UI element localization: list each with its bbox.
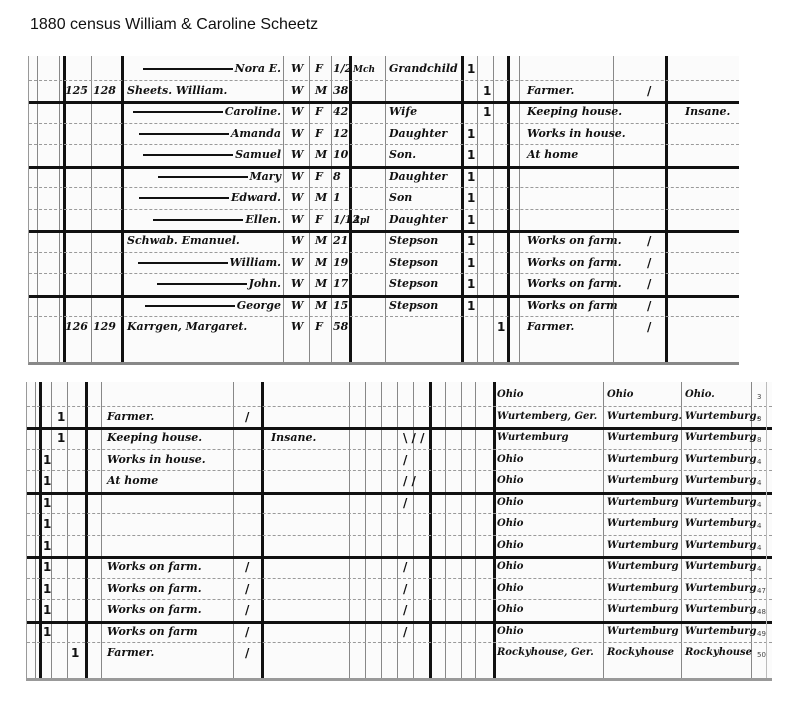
married-mark: 1 [57,431,65,445]
occupation-field: Works on farm. [527,234,622,248]
sex-field: M [315,148,327,162]
single-mark: 1 [43,603,51,617]
person-name: Mary [127,170,281,184]
person-name-text: William. [230,256,281,269]
line-number: 3 [757,412,761,426]
household-divider [27,621,772,624]
occupation-field: Works in house. [527,127,626,141]
occupation-field: Works on farm. [107,560,202,574]
row-rule [27,578,772,579]
age-field: 38 [333,84,348,98]
relation-field: Daughter [389,127,447,141]
page-edge [766,382,767,678]
mother-birthplace-field: Wurtemburg [685,496,756,510]
tally-marks: / [403,582,407,596]
age-field: 1/2 [333,62,352,76]
person-name: John. [127,277,281,291]
color-field: W [291,320,303,334]
unemployed-mark: / [647,277,651,291]
birthplace-field: Ohio [497,474,523,488]
sex-field: F [315,213,323,227]
sex-field: F [315,105,323,119]
father-birthplace-field: Wurtemburg [607,517,678,531]
sex-field: M [315,234,327,248]
single-mark: 1 [467,191,475,205]
widowed-mark: 1 [71,646,79,660]
age-field: 1 [333,191,341,205]
occupation-field: Works on farm. [107,582,202,596]
household-divider [29,295,739,298]
row-rule [29,209,739,210]
health-field: Insane. [685,105,730,119]
person-name-text: Amanda [231,127,281,140]
dwelling-number: 125 [65,84,88,98]
line-number: 4 [757,455,761,469]
tally-marks: / [403,625,407,639]
ditto-dash [157,283,247,285]
mother-birthplace-field: Wurtemburg [685,539,756,553]
age-field: 12 [333,127,348,141]
color-field: W [291,277,303,291]
person-name-text: John. [249,277,281,290]
color-field: W [291,127,303,141]
line-number: 4 [757,476,761,490]
birthplace-field: Ohio [497,560,523,574]
age-field: 42 [333,105,348,119]
ditto-dash [145,305,235,307]
mother-birthplace-field: Rockyhouse [685,646,752,660]
line-number: 4 [757,498,761,512]
relation-field: Daughter [389,170,447,184]
ditto-dash [143,154,233,156]
row-rule [27,535,772,536]
age-field: 15 [333,299,348,313]
sex-field: F [315,320,323,334]
ditto-dash [158,176,248,178]
tally-marks: / [403,496,407,510]
occupation-field: Farmer. [527,84,574,98]
person-name: Amanda [127,127,281,141]
ditto-dash [143,68,233,70]
sex-field: M [315,299,327,313]
single-mark: 1 [467,127,475,141]
line-number: 4 [757,562,761,576]
person-name: Edward. [127,191,281,205]
single-mark: 1 [43,625,51,639]
single-mark: 1 [43,474,51,488]
line-number: 4 [757,541,761,555]
person-name-text: George [237,299,281,312]
person-name: George [127,299,281,313]
father-birthplace-field: Wurtemburg [607,603,678,617]
color-field: W [291,62,303,76]
occupation-field: At home [107,474,158,488]
month-born-field: Mch [353,63,375,77]
row-rule [29,273,739,274]
single-mark: 1 [467,234,475,248]
mother-birthplace-field: Wurtemburg [685,625,756,639]
household-divider [29,101,739,104]
father-birthplace-field: Wurtemburg [607,496,678,510]
ditto-dash [139,133,229,135]
occupation-field: Works on farm [527,299,618,313]
unemployed-mark: / [647,234,651,248]
color-field: W [291,105,303,119]
birthplace-field: Wurtemberg, Ger. [497,410,597,424]
birthplace-field: Ohio [497,625,523,639]
birthplace-field: Ohio [497,496,523,510]
page-title: 1880 census William & Caroline Scheetz [30,16,318,34]
person-name-text: Sheets. William. [127,84,227,97]
age-field: 8 [333,170,341,184]
row-rule [27,449,772,450]
unemployed-mark: / [647,299,651,313]
sex-field: M [315,191,327,205]
color-field: W [291,256,303,270]
birthplace-field: Wurtemburg [497,431,568,445]
color-field: W [291,84,303,98]
tally-marks: / [403,560,407,574]
married-mark: 1 [57,410,65,424]
person-name: Ellen. [127,213,281,227]
color-field: W [291,299,303,313]
person-name: Samuel [127,148,281,162]
person-name-text: Edward. [231,191,281,204]
color-field: W [291,170,303,184]
mother-birthplace-field: Wurtemburg [685,582,756,596]
father-birthplace-field: Wurtemburg. [607,410,682,424]
person-name-text: Nora E. [235,62,281,75]
age-field: 21 [333,234,348,248]
single-mark: 1 [43,539,51,553]
occupation-field: Keeping house. [107,431,202,445]
tally-marks: \ / / [403,431,425,445]
occupation-field: Farmer. [107,646,154,660]
occupation-field: Keeping house. [527,105,622,119]
sex-field: F [315,170,323,184]
father-birthplace-field: Wurtemburg [607,431,678,445]
mother-birthplace-field: Wurtemburg. [685,410,760,424]
household-divider [29,230,739,233]
single-mark: 1 [43,517,51,531]
age-field: 17 [333,277,348,291]
birthplace-field: Ohio [497,603,523,617]
father-birthplace-field: Rockyhouse [607,646,674,660]
birthplace-field: Ohio [497,517,523,531]
relation-field: Stepson [389,277,438,291]
person-name: Caroline. [127,105,281,119]
father-birthplace-field: Wurtemburg [607,560,678,574]
unemployed-mark: / [245,582,249,596]
sex-field: M [315,256,327,270]
row-rule [27,513,772,514]
mother-birthplace-field: Ohio. [685,388,715,402]
census-sheet-bottom: OhioOhioOhio.31Farmer./Wurtemberg, Ger.W… [26,382,772,681]
person-name: Sheets. William. [127,84,281,98]
mother-birthplace-field: Wurtemburg [685,517,756,531]
row-rule [29,316,739,317]
tally-marks: / [403,453,407,467]
father-birthplace-field: Wurtemburg [607,539,678,553]
married-mark: 1 [483,84,491,98]
relation-field: Wife [389,105,417,119]
father-birthplace-field: Wurtemburg [607,582,678,596]
age-field: 19 [333,256,348,270]
person-name: Schwab. Emanuel. [127,234,281,248]
birthplace-field: Rockyhouse, Ger. [497,646,594,660]
age-field: 10 [333,148,348,162]
census-sheet-top: Nora E.WF1/2MchGrandchild1125128Sheets. … [28,56,739,365]
line-number: 48 [757,605,766,619]
sex-field: F [315,62,323,76]
father-birthplace-field: Wurtemburg [607,625,678,639]
relation-field: Stepson [389,256,438,270]
father-birthplace-field: Ohio [607,388,633,402]
single-mark: 1 [467,277,475,291]
unemployed-mark: / [245,603,249,617]
birthplace-field: Ohio [497,388,523,402]
row-rule [29,80,739,81]
person-name-text: Samuel [235,148,281,161]
tally-marks: / / [403,474,416,488]
occupation-field: Farmer. [107,410,154,424]
widowed-mark: 1 [497,320,505,334]
occupation-field: Works on farm [107,625,198,639]
household-divider [27,427,772,430]
row-rule [27,642,772,643]
household-divider [29,166,739,169]
color-field: W [291,234,303,248]
row-rule [29,187,739,188]
birthplace-field: Ohio [497,539,523,553]
mother-birthplace-field: Wurtemburg [685,560,756,574]
mother-birthplace-field: Wurtemburg [685,453,756,467]
person-name-text: Mary [250,170,282,183]
ditto-dash [133,111,223,113]
line-number: 4 [757,519,761,533]
dwelling-number: 126 [65,320,88,334]
ditto-dash [153,219,243,221]
single-mark: 1 [467,299,475,313]
mother-birthplace-field: Wurtemburg [685,474,756,488]
single-mark: 1 [43,453,51,467]
single-mark: 1 [43,560,51,574]
sex-field: M [315,84,327,98]
relation-field: Grandchild [389,62,458,76]
person-name-text: Schwab. Emanuel. [127,234,240,247]
occupation-field: Works in house. [107,453,206,467]
birthplace-field: Ohio [497,453,523,467]
single-mark: 1 [467,256,475,270]
row-rule [27,599,772,600]
line-number: 8 [757,433,761,447]
occupation-field: Works on farm. [527,277,622,291]
line-number: 47 [757,584,766,598]
unemployed-mark: / [245,625,249,639]
relation-field: Daughter [389,213,447,227]
unemployed-mark: / [647,84,651,98]
single-mark: 1 [467,62,475,76]
age-field: 58 [333,320,348,334]
family-number: 128 [93,84,116,98]
person-name-text: Caroline. [225,105,281,118]
unemployed-mark: / [245,560,249,574]
row-rule [29,144,739,145]
person-name-text: Ellen. [245,213,281,226]
occupation-field: At home [527,148,578,162]
color-field: W [291,213,303,227]
relation-field: Stepson [389,234,438,248]
line-number: 50 [757,648,766,662]
line-number: 49 [757,627,766,641]
unemployed-mark: / [647,320,651,334]
ditto-dash [138,262,228,264]
single-mark: 1 [43,582,51,596]
ditto-dash [139,197,229,199]
married-mark: 1 [483,105,491,119]
relation-field: Stepson [389,299,438,313]
relation-field: Son [389,191,412,205]
father-birthplace-field: Wurtemburg [607,453,678,467]
color-field: W [291,191,303,205]
health-field: Insane. [271,431,316,445]
father-birthplace-field: Wurtemburg [607,474,678,488]
family-number: 129 [93,320,116,334]
occupation-field: Farmer. [527,320,574,334]
occupation-field: Works on farm. [527,256,622,270]
month-born-field: Apl [353,214,370,228]
mother-birthplace-field: Wurtemburg [685,431,756,445]
single-mark: 1 [467,213,475,227]
row-rule [29,252,739,253]
single-mark: 1 [467,170,475,184]
occupation-field: Works on farm. [107,603,202,617]
single-mark: 1 [467,148,475,162]
birthplace-field: Ohio [497,582,523,596]
household-divider [27,556,772,559]
line-number: 3 [757,390,761,404]
relation-field: Son. [389,148,416,162]
person-name: Nora E. [127,62,281,76]
row-rule [29,123,739,124]
color-field: W [291,148,303,162]
single-mark: 1 [43,496,51,510]
person-name: Karrgen, Margaret. [127,320,281,334]
unemployed-mark: / [245,410,249,424]
row-rule [27,406,772,407]
sex-field: F [315,127,323,141]
row-rule [27,470,772,471]
sex-field: M [315,277,327,291]
tally-marks: / [403,603,407,617]
household-divider [27,492,772,495]
unemployed-mark: / [245,646,249,660]
mother-birthplace-field: Wurtemburg [685,603,756,617]
unemployed-mark: / [647,256,651,270]
person-name: William. [127,256,281,270]
person-name-text: Karrgen, Margaret. [127,320,247,333]
